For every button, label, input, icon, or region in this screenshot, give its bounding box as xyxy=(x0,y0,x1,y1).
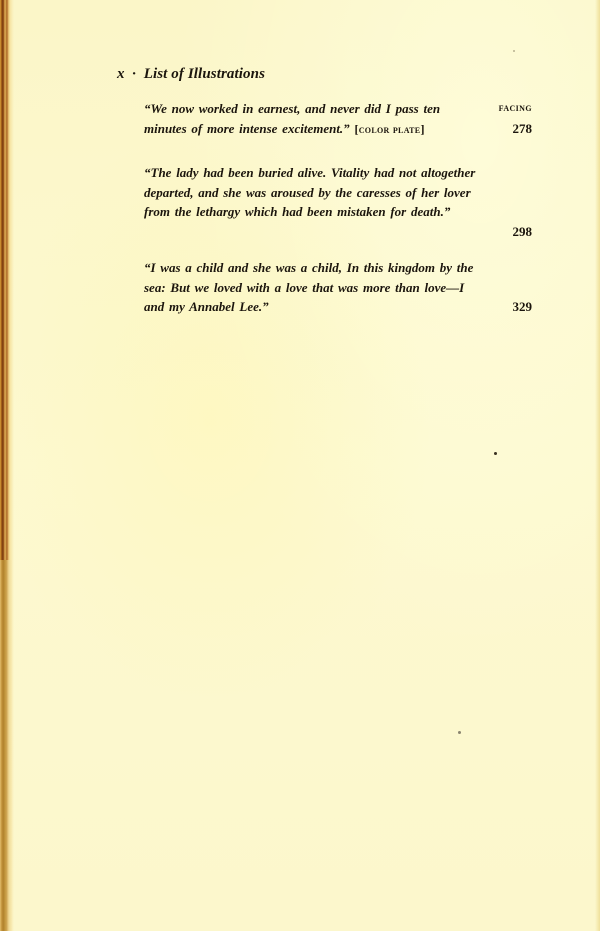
illustration-caption: “We now worked in earnest, and never did… xyxy=(144,99,479,139)
illustration-entry: “The lady had been buried alive. Vitalit… xyxy=(144,163,532,222)
page-number: 278 xyxy=(513,119,533,139)
color-plate-note: [color plate] xyxy=(354,122,424,136)
running-head: x·List of Illustrations xyxy=(117,66,265,83)
paper-speck xyxy=(494,452,497,455)
page-number: 298 xyxy=(513,222,533,242)
illustration-caption: “The lady had been buried alive. Vitalit… xyxy=(144,163,479,222)
page-right-edge xyxy=(595,0,600,931)
facing-label: facing xyxy=(499,99,532,119)
running-head-title: List of Illustrations xyxy=(144,66,265,82)
illustration-caption: “I was a child and she was a child, In t… xyxy=(144,258,479,317)
paper-speck xyxy=(513,50,515,52)
page-number: 329 xyxy=(513,297,533,317)
illustration-entry: “I was a child and she was a child, In t… xyxy=(144,258,532,317)
book-page: x·List of Illustrations “We now worked i… xyxy=(0,0,600,931)
running-head-separator: · xyxy=(132,66,137,82)
illustration-entry: “We now worked in earnest, and never did… xyxy=(144,99,532,139)
page-folio: x xyxy=(117,66,125,82)
paper-speck xyxy=(458,731,461,734)
page-binding-edge-lower xyxy=(0,560,12,931)
